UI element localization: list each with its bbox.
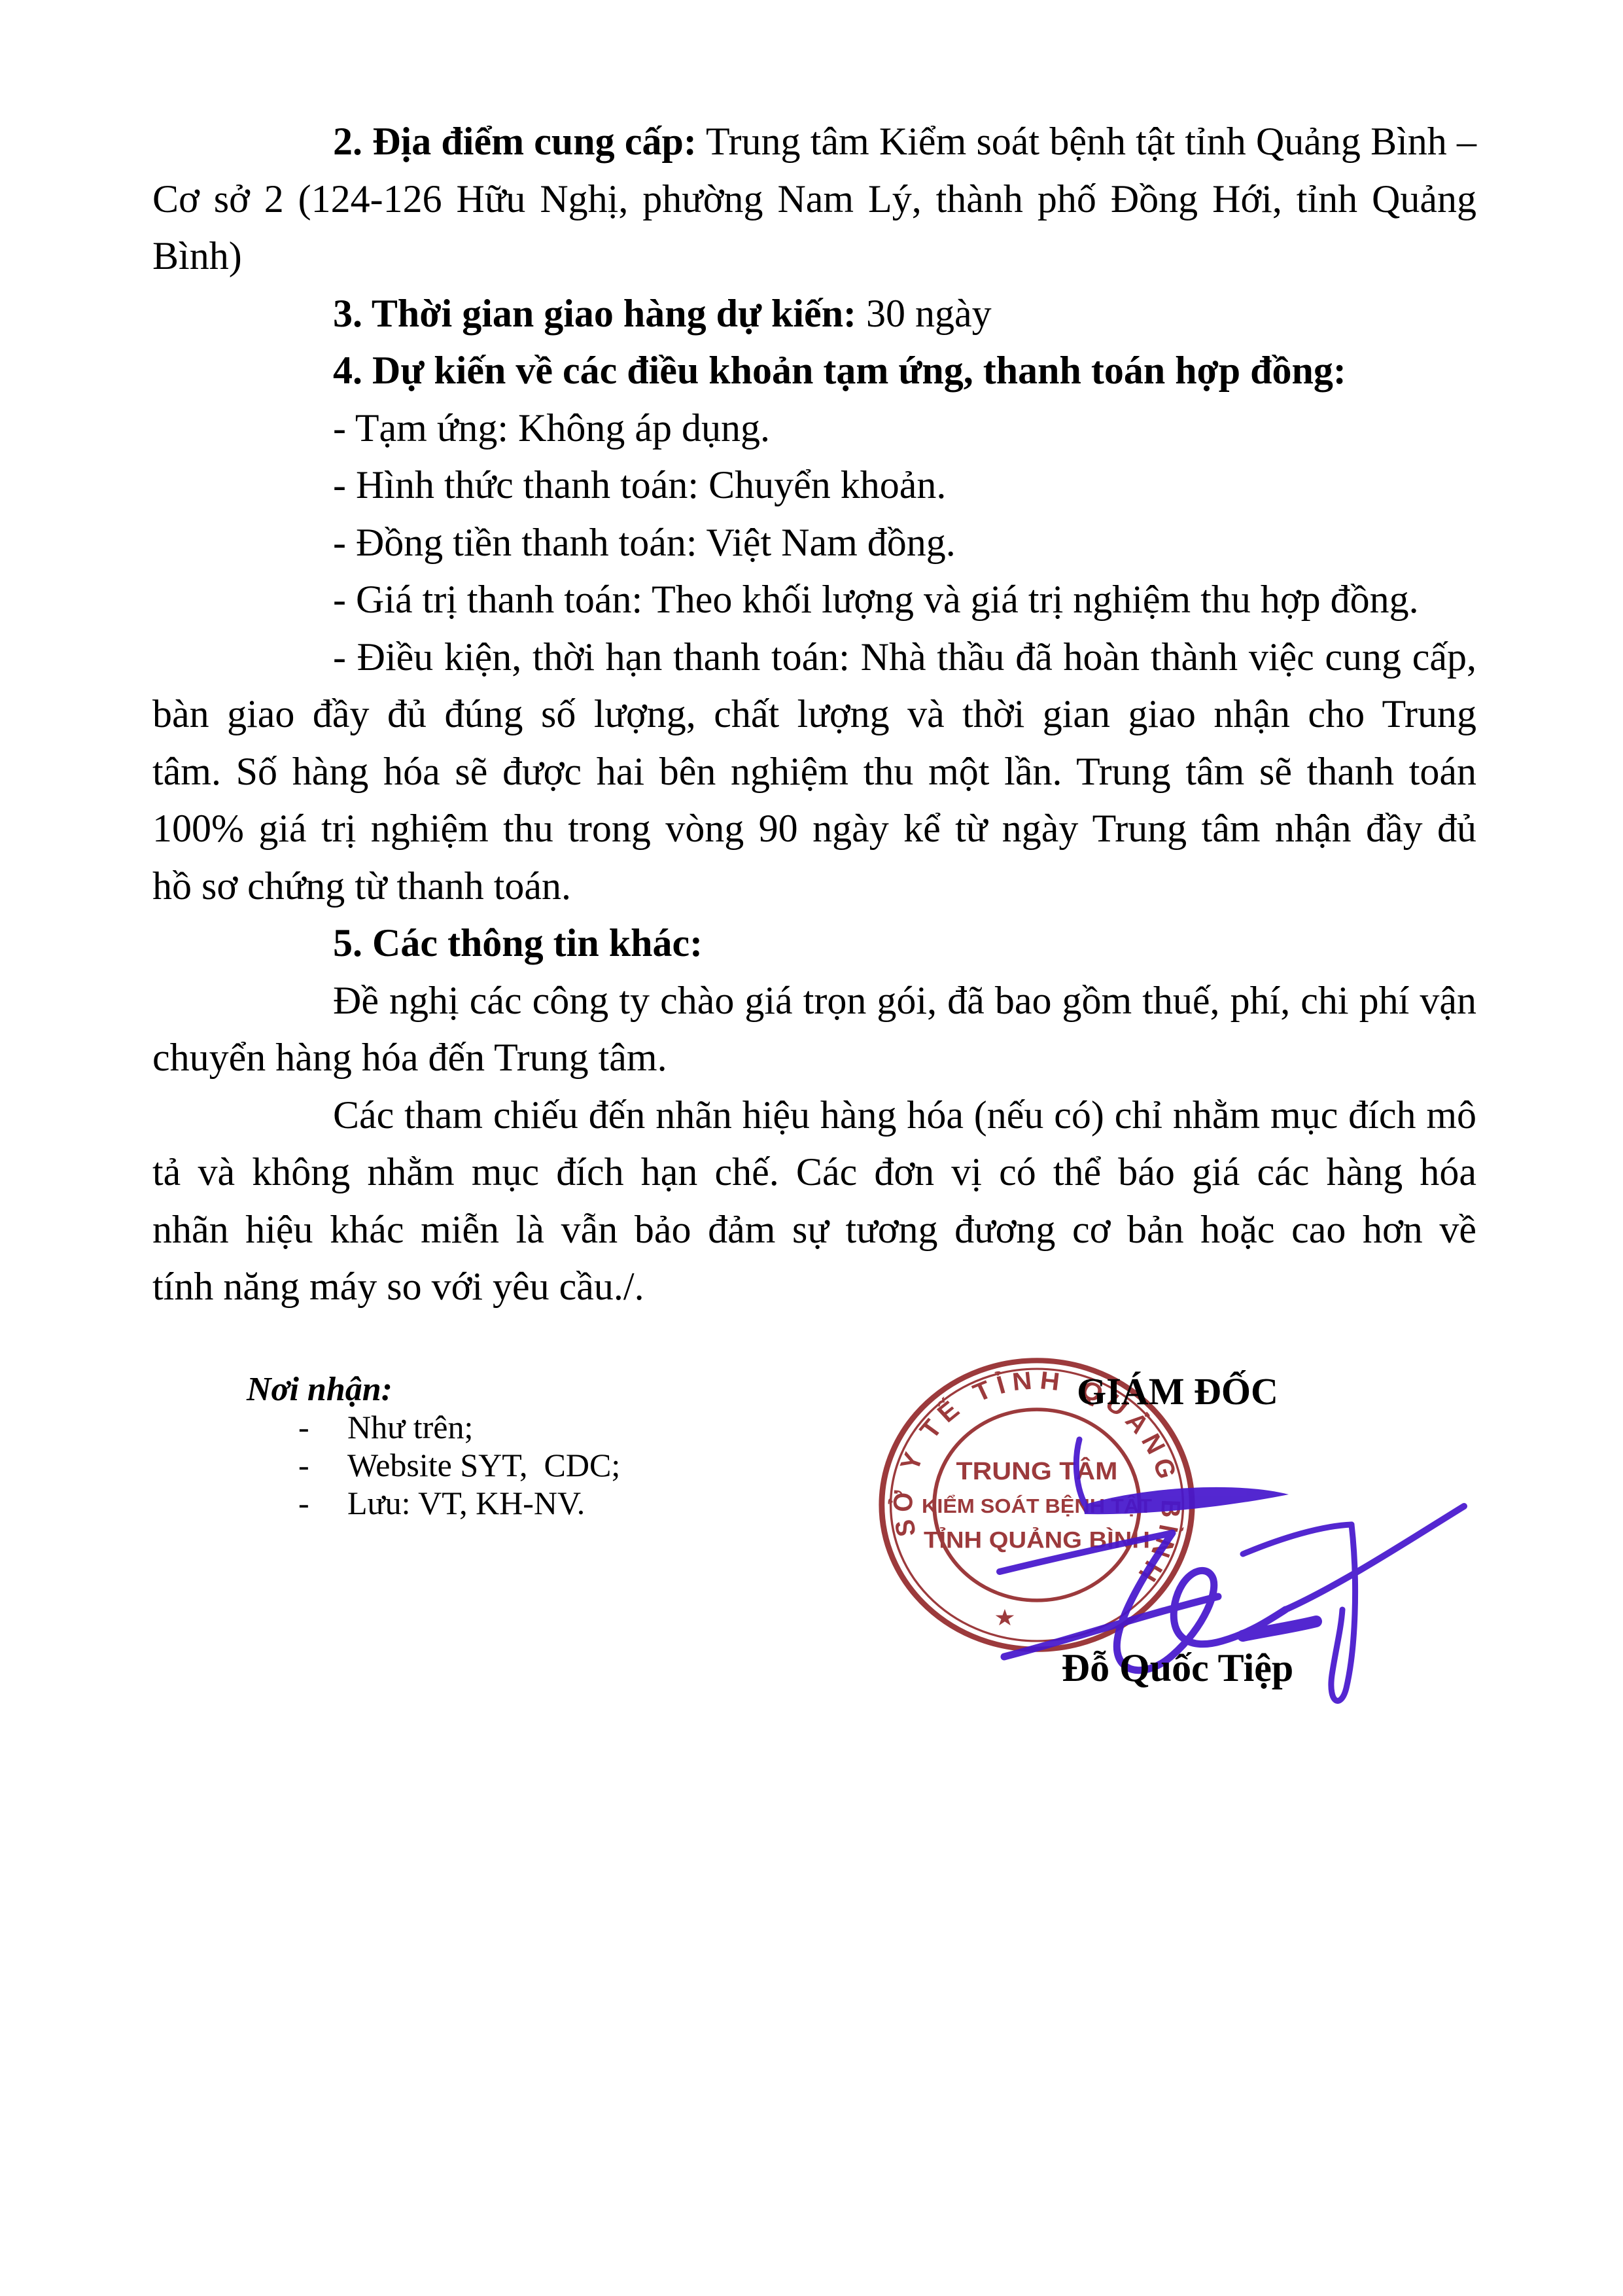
recipients-list: -Như trên; -Website SYT, CDC; -Lưu: VT, … (298, 1408, 620, 1522)
doc-line: tâm. Số hàng hóa sẽ được hai bên nghiệm … (152, 743, 1476, 801)
signer-name: Đỗ Quốc Tiệp (1007, 1644, 1348, 1691)
signature-stroke (1285, 1506, 1464, 1610)
doc-line: nhãn hiệu khác miễn là vẫn bảo đảm sự tư… (152, 1201, 1476, 1259)
recipient-item: -Như trên; (298, 1408, 620, 1446)
doc-line: chuyển hàng hóa đến Trung tâm. (152, 1029, 1476, 1087)
doc-line: tính năng máy so với yêu cầu./. (152, 1258, 1476, 1316)
doc-line: Cơ sở 2 (124-126 Hữu Nghị, phường Nam Lý… (152, 171, 1476, 228)
recipient-item: -Lưu: VT, KH-NV. (298, 1484, 620, 1522)
section-heading-payment-terms: 4. Dự kiến về các điều khoản tạm ứng, th… (152, 342, 1476, 400)
bullet-payment-conditions: - Điều kiện, thời hạn thanh toán: Nhà th… (152, 629, 1476, 686)
document-page: 2. Địa điểm cung cấp: Trung tâm Kiểm soá… (0, 0, 1623, 2296)
doc-line: 100% giá trị nghiệm thu trong vòng 90 ng… (152, 800, 1476, 858)
document-body: 2. Địa điểm cung cấp: Trung tâm Kiểm soá… (152, 113, 1476, 1316)
para-brand-reference: Các tham chiếu đến nhãn hiệu hàng hóa (n… (152, 1087, 1476, 1144)
signature-stroke (1083, 1487, 1289, 1514)
bullet-currency: - Đồng tiền thanh toán: Việt Nam đồng. (152, 514, 1476, 572)
signature-stroke (1243, 1621, 1316, 1636)
signature-stroke (1076, 1439, 1085, 1504)
signature-stroke (1000, 1533, 1172, 1572)
signature-stroke (1243, 1525, 1352, 1554)
handwritten-signature (916, 1413, 1505, 1740)
doc-line: hồ sơ chứng từ thanh toán. (152, 858, 1476, 915)
position-title: GIÁM ĐỐC (1007, 1369, 1348, 1415)
recipient-item: -Website SYT, CDC; (298, 1446, 620, 1484)
section-heading-other-info: 5. Các thông tin khác: (152, 915, 1476, 972)
bullet-advance: - Tạm ứng: Không áp dụng. (152, 400, 1476, 457)
doc-line: tả và không nhằm mục đích hạn chế. Các đ… (152, 1144, 1476, 1201)
bullet-payment-method: - Hình thức thanh toán: Chuyển khoản. (152, 457, 1476, 514)
recipients-label: Nơi nhận: (247, 1369, 393, 1410)
bullet-payment-value: - Giá trị thanh toán: Theo khối lượng và… (152, 571, 1476, 629)
doc-line: bàn giao đầy đủ đúng số lượng, chất lượn… (152, 686, 1476, 743)
para-delivery-location: 2. Địa điểm cung cấp: Trung tâm Kiểm soá… (152, 113, 1476, 171)
para-quote-request: Đề nghị các công ty chào giá trọn gói, đ… (152, 972, 1476, 1030)
doc-line: Bình) (152, 228, 1476, 285)
para-delivery-time: 3. Thời gian giao hàng dự kiến: 30 ngày (152, 285, 1476, 343)
